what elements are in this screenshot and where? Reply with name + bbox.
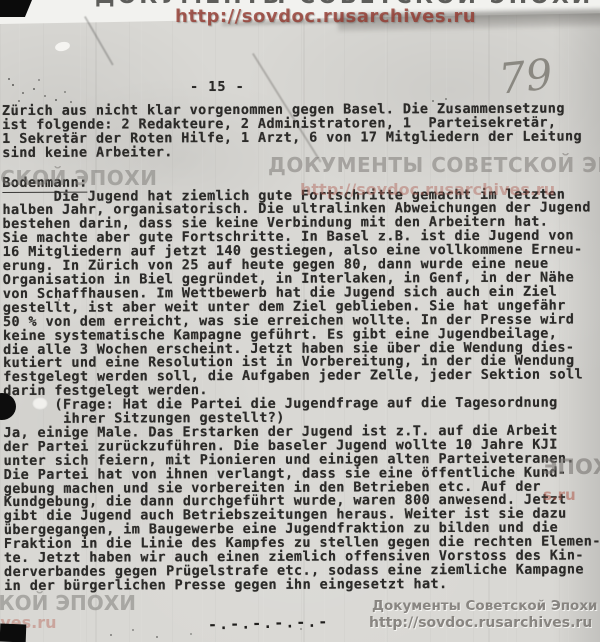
watermark-archive-title-bottom-right: Документы Советской Эпохи bbox=[372, 598, 598, 614]
typed-page-number: - 15 - bbox=[190, 79, 245, 95]
diagonal-crease-small bbox=[84, 16, 114, 65]
black-corner-bottom-left bbox=[0, 624, 26, 642]
scanned-document-page: - 15 - 79 Zürich aus nicht klar vorgenom… bbox=[0, 0, 600, 642]
page-edge-line bbox=[222, 19, 354, 26]
paper-damage-spot bbox=[54, 41, 71, 53]
body-paragraph-1: Die Jugend hat ziemlich gute Fortschritt… bbox=[2, 188, 599, 399]
intro-paragraph: Zürich aus nicht klar vorgenommen gegen … bbox=[2, 102, 598, 160]
dust-speckles bbox=[0, 0, 2, 2]
typewritten-body: Zürich aus nicht klar vorgenommen gegen … bbox=[2, 102, 600, 593]
watermark-archive-fragment-bottom-left: ТСКОЙ ЭПОХИ bbox=[0, 591, 136, 615]
typed-divider-line: -.-.-.-.-.- bbox=[208, 612, 330, 633]
body-paragraph-2: Ja, einige Male. Das Erstarken der Jugen… bbox=[3, 424, 600, 593]
watermark-url-bottom-right: http://sovdoc.rusarchives.ru bbox=[369, 615, 592, 631]
handwritten-folio-number: 79 bbox=[497, 49, 555, 103]
punch-hole-white bbox=[32, 397, 48, 410]
